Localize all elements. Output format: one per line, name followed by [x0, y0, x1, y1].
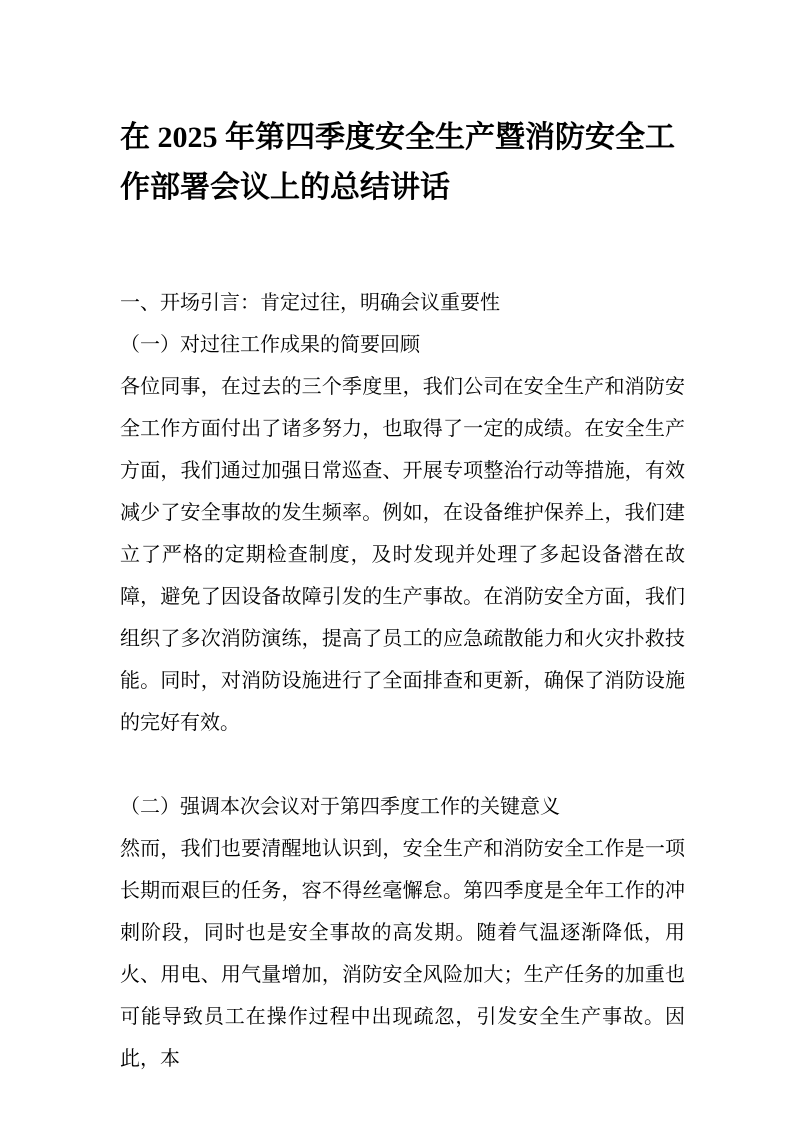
document-page: 在 2025 年第四季度安全生产暨消防安全工作部署会议上的总结讲话 一、开场引言…	[0, 0, 793, 1122]
paragraph: 各位同事，在过去的三个季度里，我们公司在安全生产和消防安全工作方面付出了诸多努力…	[120, 366, 685, 744]
section-heading: 一、开场引言：肯定过往，明确会议重要性	[120, 282, 685, 324]
subsection-past-work-review: （一）对过往工作成果的简要回顾 各位同事，在过去的三个季度里，我们公司在安全生产…	[120, 324, 685, 744]
subsection-heading: （二）强调本次会议对于第四季度工作的关键意义	[120, 786, 685, 828]
paragraph: 然而，我们也要清醒地认识到，安全生产和消防安全工作是一项长期而艰巨的任务，容不得…	[120, 828, 685, 1080]
section-opening: 一、开场引言：肯定过往，明确会议重要性 （一）对过往工作成果的简要回顾 各位同事…	[120, 282, 685, 1080]
subsection-meeting-significance: （二）强调本次会议对于第四季度工作的关键意义 然而，我们也要清醒地认识到，安全生…	[120, 786, 685, 1080]
subsection-heading: （一）对过往工作成果的简要回顾	[120, 324, 685, 366]
document-title: 在 2025 年第四季度安全生产暨消防安全工作部署会议上的总结讲话	[120, 113, 685, 213]
